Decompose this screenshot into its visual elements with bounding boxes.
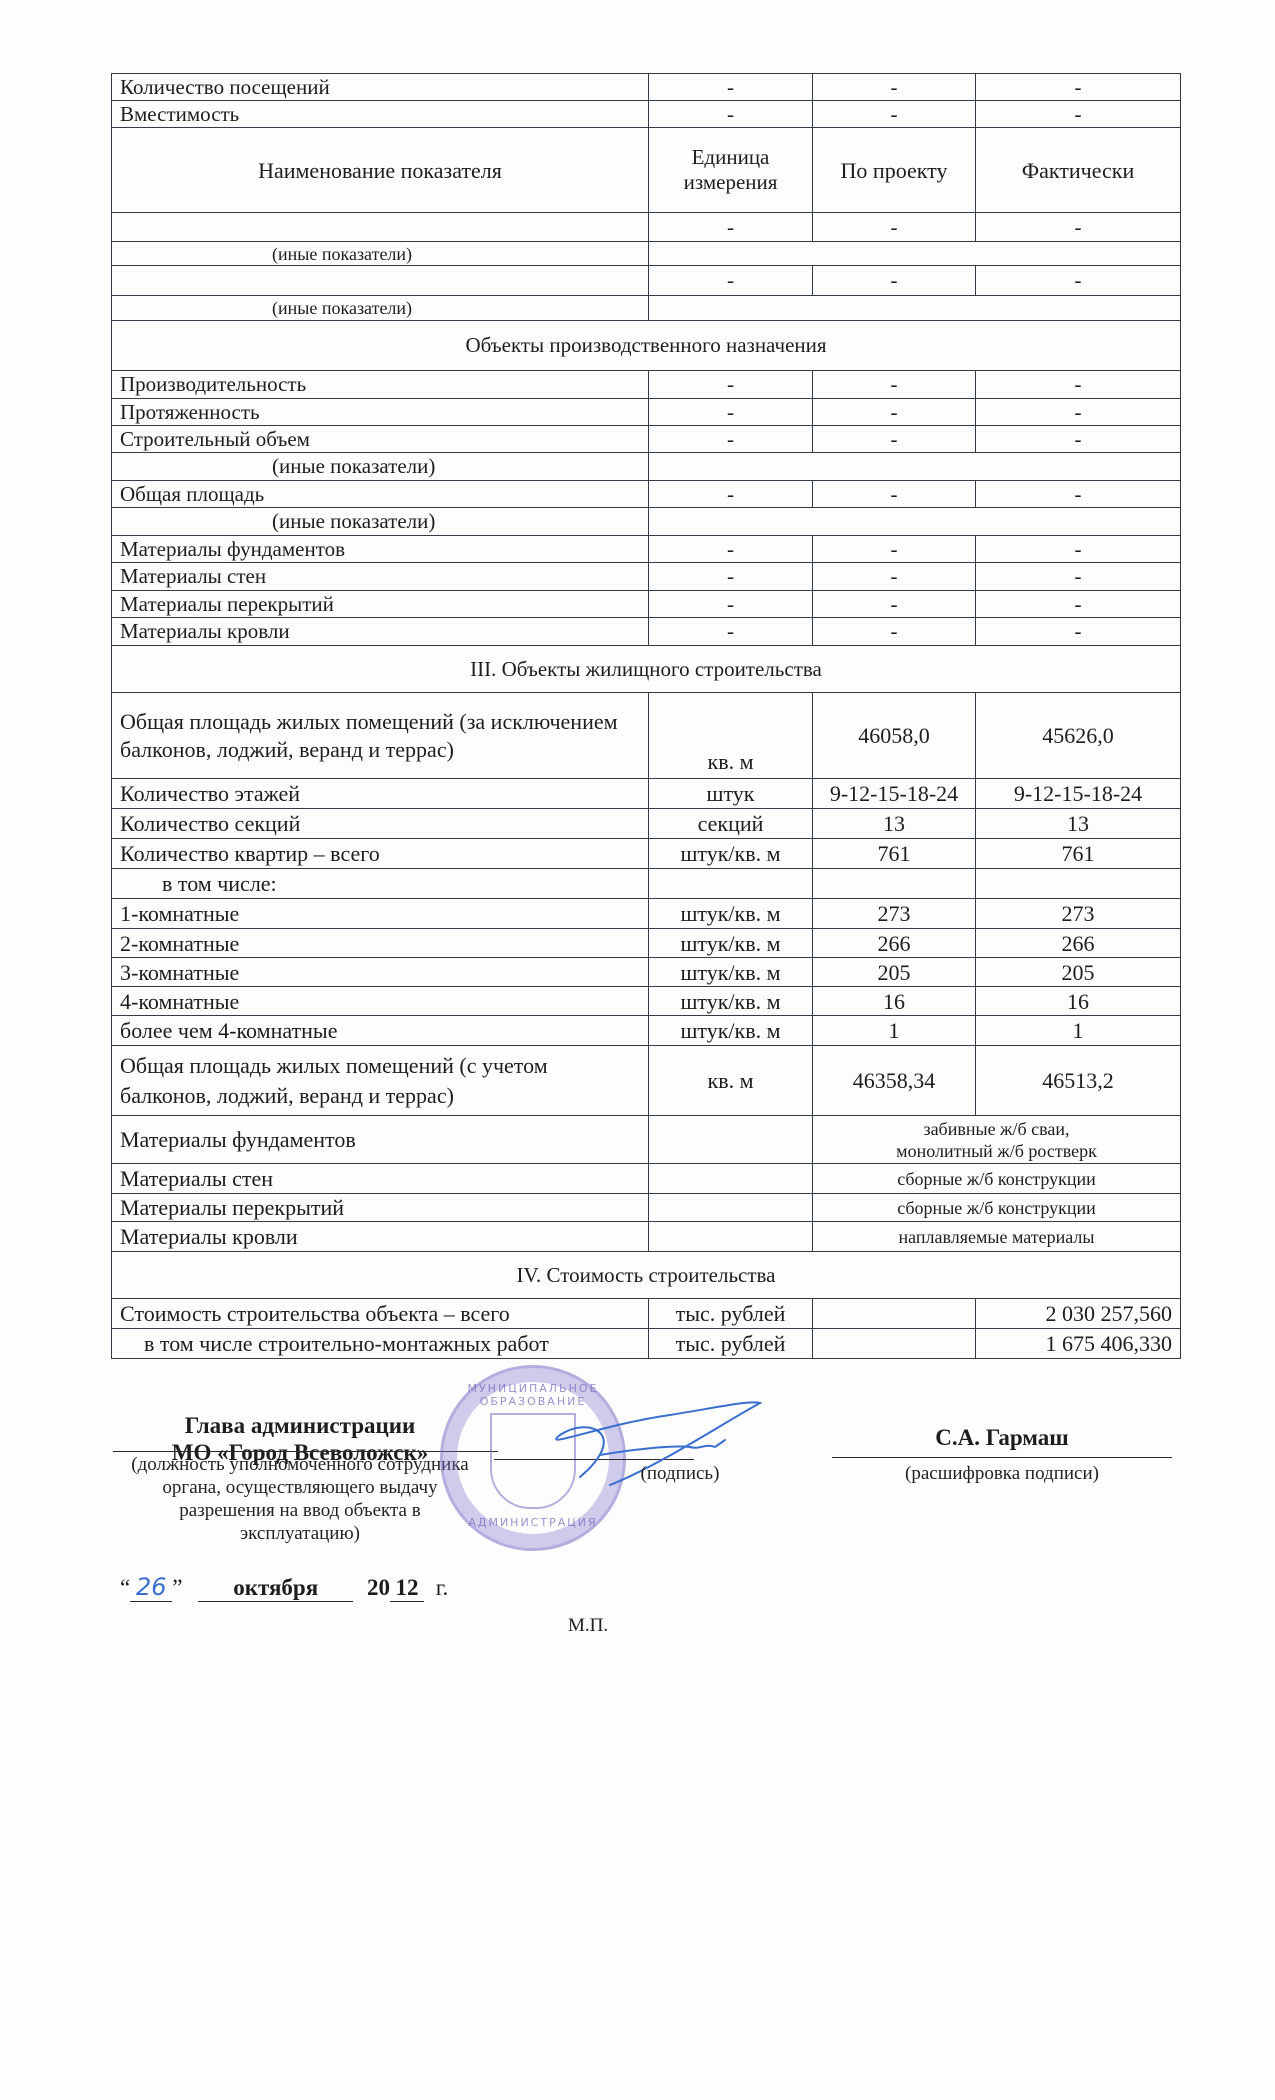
date-open-quote: “ <box>120 1575 130 1600</box>
table-row: Общая площадь жилых помещений (с учетом … <box>112 1046 1181 1116</box>
table-row: Количество квартир – всего штук/кв. м 76… <box>112 839 1181 869</box>
actual-cell: 45626,0 <box>976 693 1181 779</box>
indicator-name <box>112 266 649 296</box>
unit-cell: штук <box>649 779 813 809</box>
project-cell: - <box>813 426 976 453</box>
signature-caption: (подпись) <box>620 1462 740 1485</box>
actual-cell: 16 <box>976 987 1181 1016</box>
unit-cell: - <box>649 426 813 453</box>
project-cell <box>813 869 976 899</box>
table-row: - - - <box>112 213 1181 242</box>
indicator-name: Материалы перекрытий <box>112 1194 649 1222</box>
unit-cell: - <box>649 591 813 618</box>
unit-cell: тыс. рублей <box>649 1299 813 1329</box>
unit-cell <box>649 869 813 899</box>
indicator-name: Материалы стен <box>112 1164 649 1194</box>
indicator-name: более чем 4-комнатные <box>112 1016 649 1046</box>
date-year-prefix: 20 <box>367 1575 390 1600</box>
actual-cell: 273 <box>976 899 1181 929</box>
section-header-residential: III. Объекты жилищного строительства <box>112 646 1181 693</box>
other-indicators-note: (иные показатели) <box>112 453 649 481</box>
section-header-industrial: Объекты производственного назначения <box>112 321 1181 371</box>
actual-cell: 1 675 406,330 <box>976 1329 1181 1359</box>
project-cell: 205 <box>813 958 976 987</box>
table-row: Общая площадь жилых помещений (за исключ… <box>112 693 1181 779</box>
date-line: “26” октября 2012 г. <box>120 1573 448 1602</box>
actual-cell: 46513,2 <box>976 1046 1181 1116</box>
unit-cell: штук/кв. м <box>649 1016 813 1046</box>
unit-cell <box>649 1222 813 1252</box>
unit-cell: - <box>649 563 813 591</box>
actual-cell: - <box>976 563 1181 591</box>
table-row: Материалы фундаментов забивные ж/б сваи,… <box>112 1116 1181 1164</box>
table-row: Материалы перекрытий - - - <box>112 591 1181 618</box>
table-row: Материалы кровли - - - <box>112 618 1181 646</box>
unit-cell: тыс. рублей <box>649 1329 813 1359</box>
project-cell: - <box>813 563 976 591</box>
other-indicators-note: (иные показатели) <box>112 508 649 536</box>
indicator-name: 2-комнатные <box>112 929 649 958</box>
position-caption: (должность уполномоченного сотрудника ор… <box>130 1453 470 1545</box>
actual-cell: - <box>976 481 1181 508</box>
indicator-name: Строительный объем <box>112 426 649 453</box>
project-cell: - <box>813 536 976 563</box>
table-header-row: Наименование показателя Единица измерени… <box>112 128 1181 213</box>
unit-cell: - <box>649 618 813 646</box>
signatory-name: С.А. Гармаш <box>832 1425 1172 1451</box>
project-cell: 273 <box>813 899 976 929</box>
actual-cell: 761 <box>976 839 1181 869</box>
actual-cell: 13 <box>976 809 1181 839</box>
indicator-name: в том числе строительно-монтажных работ <box>112 1329 649 1359</box>
indicator-name: Количество секций <box>112 809 649 839</box>
material-value: наплавляемые материалы <box>813 1222 1181 1252</box>
handwritten-signature-icon <box>520 1395 770 1505</box>
table-row: - - - <box>112 266 1181 296</box>
actual-cell: 1 <box>976 1016 1181 1046</box>
actual-cell: - <box>976 74 1181 101</box>
unit-cell: - <box>649 399 813 426</box>
actual-cell: - <box>976 591 1181 618</box>
project-cell: 266 <box>813 929 976 958</box>
actual-cell: - <box>976 101 1181 128</box>
indicator-name: Количество квартир – всего <box>112 839 649 869</box>
indicator-name: Общая площадь жилых помещений (с учетом … <box>112 1046 649 1116</box>
date-month: октября <box>198 1575 353 1602</box>
material-value: сборные ж/б конструкции <box>813 1194 1181 1222</box>
indicator-name: Материалы перекрытий <box>112 591 649 618</box>
project-cell: 13 <box>813 809 976 839</box>
table-row: Строительный объем - - - <box>112 426 1181 453</box>
project-cell: - <box>813 371 976 399</box>
material-value: забивные ж/б сваи, монолитный ж/б ростве… <box>813 1116 1181 1164</box>
indicator-name: Материалы кровли <box>112 1222 649 1252</box>
project-cell: 46358,34 <box>813 1046 976 1116</box>
header-name: Наименование показателя <box>112 128 649 213</box>
indicator-name: Материалы кровли <box>112 618 649 646</box>
header-unit: Единица измерения <box>649 128 813 213</box>
empty-cell <box>649 453 1181 481</box>
position-line-1: Глава администрации <box>150 1412 450 1439</box>
indicator-name: Производительность <box>112 371 649 399</box>
table-row: Количество этажей штук 9-12-15-18-24 9-1… <box>112 779 1181 809</box>
table-row: Материалы кровли наплавляемые материалы <box>112 1222 1181 1252</box>
header-project: По проекту <box>813 128 976 213</box>
table-row: Протяженность - - - <box>112 399 1181 426</box>
actual-cell: 2 030 257,560 <box>976 1299 1181 1329</box>
table-row: Производительность - - - <box>112 371 1181 399</box>
indicator-name: Общая площадь жилых помещений (за исключ… <box>112 693 649 779</box>
indicator-name: Вместимость <box>112 101 649 128</box>
date-close-quote: ” <box>172 1575 182 1600</box>
indicators-table: Количество посещений - - - Вместимость -… <box>111 73 1181 1359</box>
project-cell: 9-12-15-18-24 <box>813 779 976 809</box>
indicator-name: Стоимость строительства объекта – всего <box>112 1299 649 1329</box>
unit-cell: кв. м <box>649 1046 813 1116</box>
project-cell: 761 <box>813 839 976 869</box>
table-row: Материалы стен - - - <box>112 563 1181 591</box>
unit-cell: штук/кв. м <box>649 958 813 987</box>
project-cell: 1 <box>813 1016 976 1046</box>
date-year-suffix: 12 <box>390 1575 424 1602</box>
empty-cell <box>649 508 1181 536</box>
other-indicators-note: (иные показатели) <box>112 242 649 266</box>
table-row: Стоимость строительства объекта – всего … <box>112 1299 1181 1329</box>
indicator-name: в том числе: <box>112 869 649 899</box>
unit-cell <box>649 1194 813 1222</box>
table-row: Материалы перекрытий сборные ж/б констру… <box>112 1194 1181 1222</box>
seal-label: М.П. <box>568 1615 608 1637</box>
empty-cell <box>649 296 1181 321</box>
note-row: (иные показатели) <box>112 296 1181 321</box>
project-cell: - <box>813 399 976 426</box>
name-caption: (расшифровка подписи) <box>832 1462 1172 1485</box>
table-row: 3-комнатные штук/кв. м 205 205 <box>112 958 1181 987</box>
indicator-name: Количество этажей <box>112 779 649 809</box>
table-row: более чем 4-комнатные штук/кв. м 1 1 <box>112 1016 1181 1046</box>
indicator-name: 1-комнатные <box>112 899 649 929</box>
empty-cell <box>649 242 1181 266</box>
unit-cell: штук/кв. м <box>649 987 813 1016</box>
unit-cell: - <box>649 101 813 128</box>
project-cell: - <box>813 213 976 242</box>
actual-cell: 266 <box>976 929 1181 958</box>
project-cell: 46058,0 <box>813 693 976 779</box>
project-cell: - <box>813 591 976 618</box>
actual-cell: - <box>976 426 1181 453</box>
other-indicators-note: (иные показатели) <box>112 296 649 321</box>
project-cell <box>813 1299 976 1329</box>
unit-cell <box>649 1164 813 1194</box>
actual-cell: - <box>976 618 1181 646</box>
project-cell <box>813 1329 976 1359</box>
table-row: 2-комнатные штук/кв. м 266 266 <box>112 929 1181 958</box>
unit-cell: - <box>649 371 813 399</box>
table-row: в том числе строительно-монтажных работ … <box>112 1329 1181 1359</box>
unit-cell: - <box>649 266 813 296</box>
section-header-cost: IV. Стоимость строительства <box>112 1252 1181 1299</box>
project-cell: - <box>813 266 976 296</box>
project-cell: 16 <box>813 987 976 1016</box>
indicator-name: Протяженность <box>112 399 649 426</box>
table-row: Материалы фундаментов - - - <box>112 536 1181 563</box>
note-row: (иные показатели) <box>112 453 1181 481</box>
indicator-name: Общая площадь <box>112 481 649 508</box>
project-cell: - <box>813 618 976 646</box>
table-row: Вместимость - - - <box>112 101 1181 128</box>
table-row: 1-комнатные штук/кв. м 273 273 <box>112 899 1181 929</box>
stamp-bottom-text: АДМИНИСТРАЦИЯ <box>443 1516 623 1529</box>
date-day: 26 <box>130 1573 172 1602</box>
actual-cell <box>976 869 1181 899</box>
indicator-name: Материалы фундаментов <box>112 1116 649 1164</box>
unit-cell: - <box>649 74 813 101</box>
section-title: Объекты производственного назначения <box>112 321 1181 371</box>
indicator-name: 3-комнатные <box>112 958 649 987</box>
unit-cell: - <box>649 536 813 563</box>
unit-cell: - <box>649 213 813 242</box>
unit-cell: - <box>649 481 813 508</box>
actual-cell: - <box>976 213 1181 242</box>
indicator-name <box>112 213 649 242</box>
table-row: 4-комнатные штук/кв. м 16 16 <box>112 987 1181 1016</box>
indicator-name: Материалы стен <box>112 563 649 591</box>
indicator-name: 4-комнатные <box>112 987 649 1016</box>
project-cell: - <box>813 481 976 508</box>
material-value: сборные ж/б конструкции <box>813 1164 1181 1194</box>
actual-cell: - <box>976 536 1181 563</box>
table-row: Количество секций секций 13 13 <box>112 809 1181 839</box>
note-row: (иные показатели) <box>112 508 1181 536</box>
header-actual: Фактически <box>976 128 1181 213</box>
unit-cell: штук/кв. м <box>649 899 813 929</box>
actual-cell: - <box>976 266 1181 296</box>
note-row: (иные показатели) <box>112 242 1181 266</box>
table-row: Количество посещений - - - <box>112 74 1181 101</box>
date-year-label: г. <box>436 1575 449 1600</box>
indicator-name: Количество посещений <box>112 74 649 101</box>
table-row: в том числе: <box>112 869 1181 899</box>
unit-cell: кв. м <box>649 693 813 779</box>
unit-cell: штук/кв. м <box>649 929 813 958</box>
table-row: Общая площадь - - - <box>112 481 1181 508</box>
section-title: IV. Стоимость строительства <box>112 1252 1181 1299</box>
unit-cell: секций <box>649 809 813 839</box>
section-title: III. Объекты жилищного строительства <box>112 646 1181 693</box>
actual-cell: 9-12-15-18-24 <box>976 779 1181 809</box>
actual-cell: 205 <box>976 958 1181 987</box>
indicator-name: Материалы фундаментов <box>112 536 649 563</box>
actual-cell: - <box>976 371 1181 399</box>
unit-cell: штук/кв. м <box>649 839 813 869</box>
project-cell: - <box>813 74 976 101</box>
project-cell: - <box>813 101 976 128</box>
unit-cell <box>649 1116 813 1164</box>
name-underline <box>832 1457 1172 1458</box>
table-row: Материалы стен сборные ж/б конструкции <box>112 1164 1181 1194</box>
actual-cell: - <box>976 399 1181 426</box>
